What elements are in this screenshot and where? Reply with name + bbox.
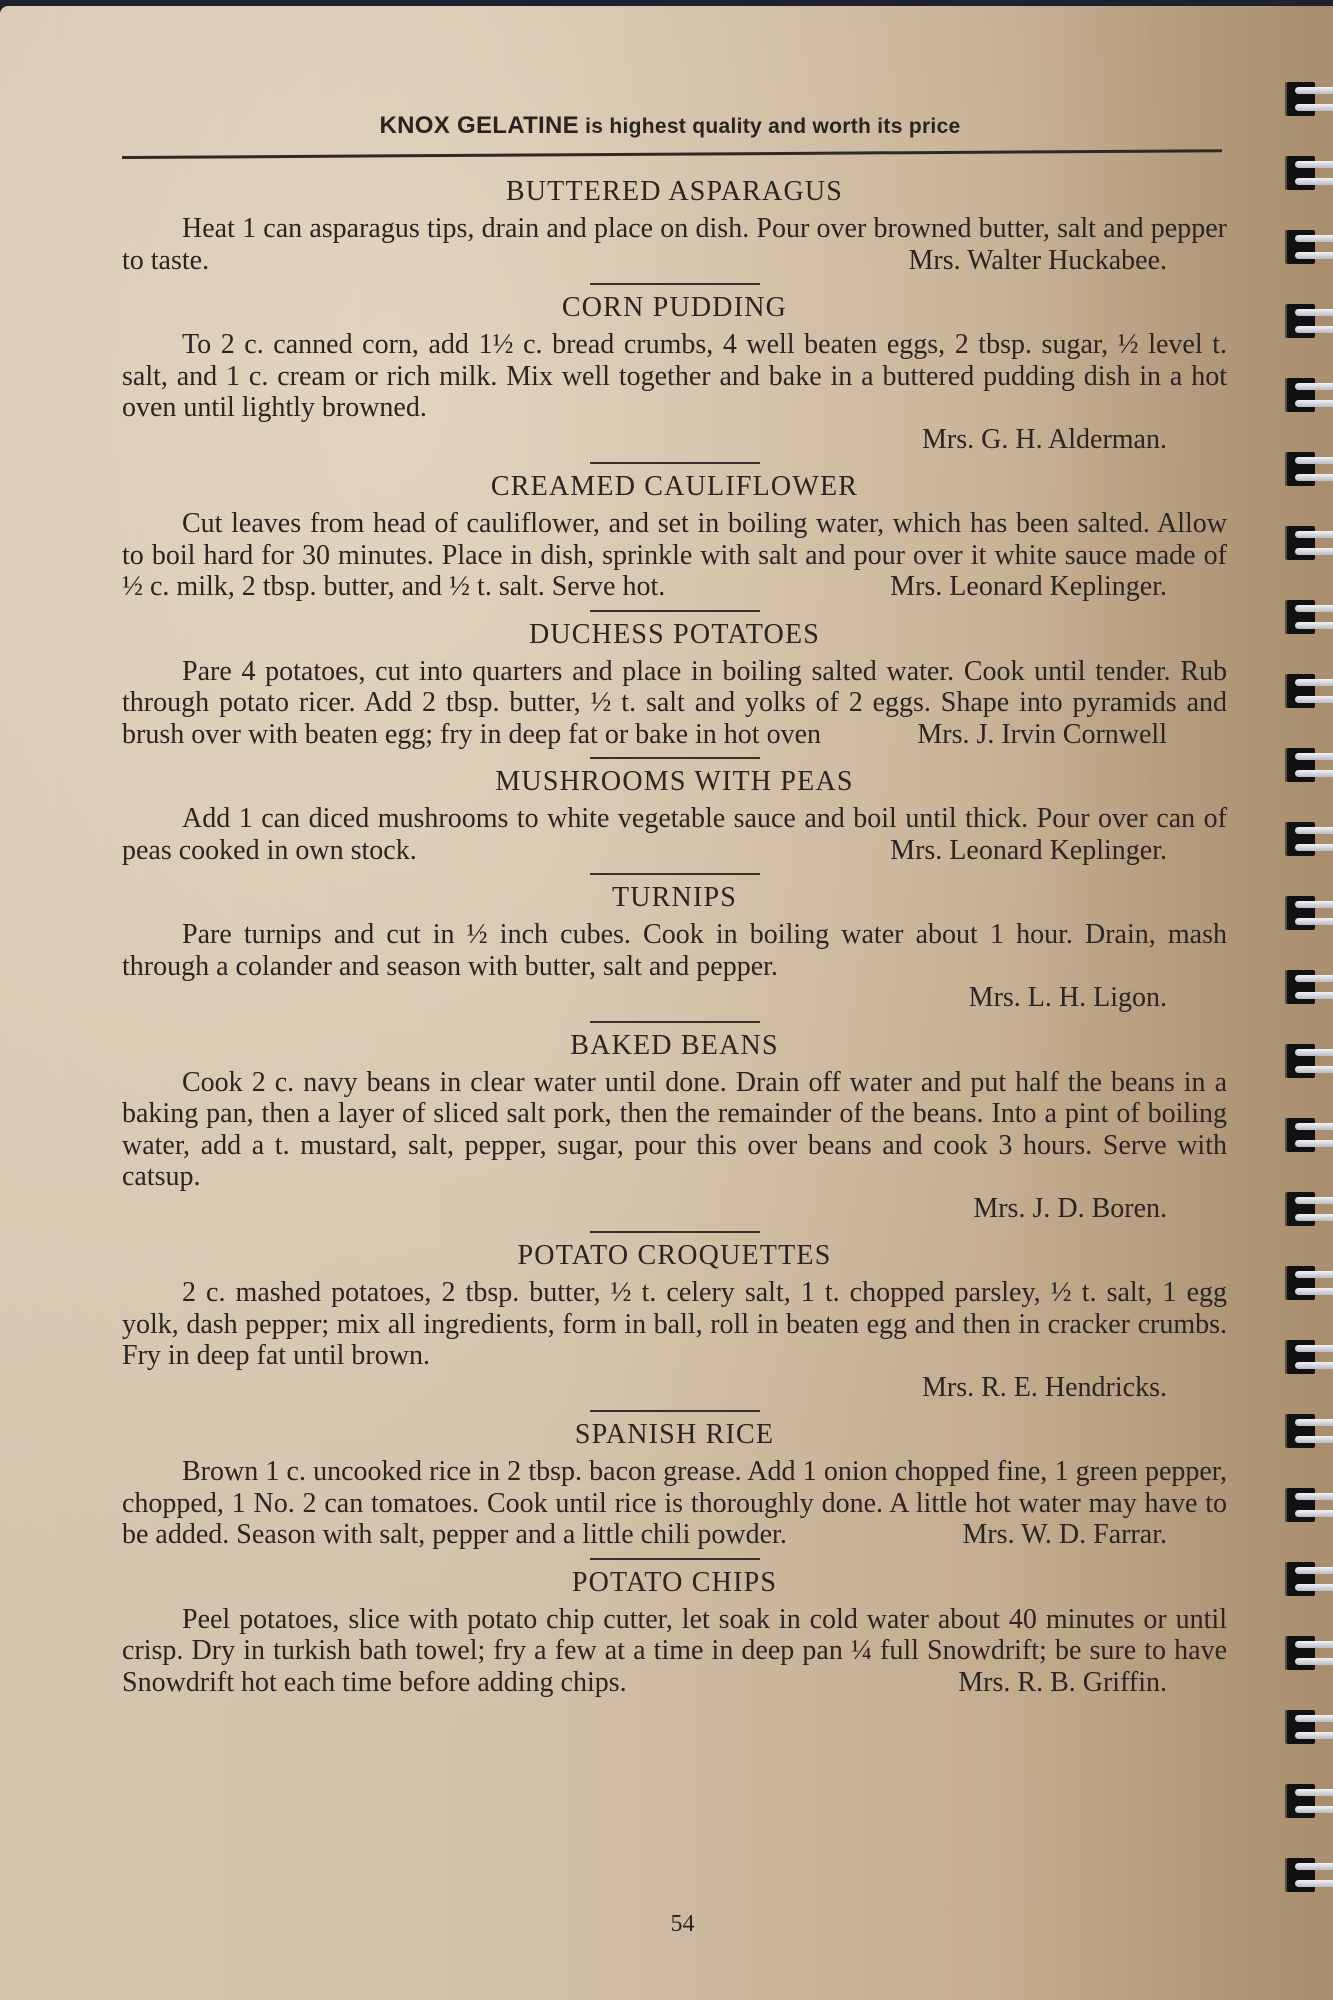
wire-loop	[1295, 679, 1333, 686]
header-brand: KNOX GELATINE	[379, 112, 578, 139]
recipe-title: BAKED BEANS	[122, 1029, 1227, 1063]
recipe: CREAMED CAULIFLOWERCut leaves from head …	[122, 462, 1227, 603]
wire-loop	[1295, 1806, 1333, 1813]
binding-ring	[1285, 1044, 1333, 1078]
cookbook-page: KNOX GELATINE is highest quality and wor…	[0, 6, 1333, 2000]
wire-loop	[1295, 1345, 1333, 1352]
wire-loop	[1295, 1436, 1333, 1443]
wire-loop	[1295, 161, 1333, 168]
recipe-title: SPANISH RICE	[122, 1418, 1227, 1452]
section-divider	[590, 462, 760, 464]
recipe-author: Mrs. L. H. Ligon.	[122, 982, 1227, 1014]
wire-loop	[1295, 1641, 1333, 1648]
binding-ring	[1285, 1710, 1333, 1744]
binding-ring	[1285, 156, 1333, 190]
binding-ring	[1285, 1340, 1333, 1374]
running-header: KNOX GELATINE is highest quality and wor…	[120, 112, 1220, 140]
recipe-instructions: Cook 2 c. navy beans in clear water unti…	[122, 1067, 1227, 1193]
recipe-author: Mrs. W. D. Farrar.	[902, 1519, 1227, 1551]
recipe: POTATO CHIPSPeel potatoes, slice with po…	[122, 1558, 1227, 1699]
header-tagline: is highest quality and worth its price	[579, 115, 961, 138]
wire-loop	[1295, 383, 1333, 390]
binding-ring	[1285, 1858, 1333, 1892]
recipe-author: Mrs. R. E. Hendricks.	[122, 1372, 1227, 1404]
recipe-instructions: Peel potatoes, slice with potato chip cu…	[122, 1604, 1227, 1699]
recipe-instructions: 2 c. mashed potatoes, 2 tbsp. butter, ½ …	[122, 1277, 1227, 1372]
recipe: BAKED BEANSCook 2 c. navy beans in clear…	[122, 1021, 1227, 1225]
wire-loop	[1295, 326, 1333, 333]
recipe-author: Mrs. Leonard Keplinger.	[830, 571, 1227, 603]
recipe-instructions: Heat 1 can asparagus tips, drain and pla…	[122, 213, 1227, 276]
recipe-title: CREAMED CAULIFLOWER	[122, 470, 1227, 504]
recipe-author: Mrs. J. D. Boren.	[122, 1193, 1227, 1225]
binding-ring	[1285, 822, 1333, 856]
recipe-instructions: Pare turnips and cut in ½ inch cubes. Co…	[122, 919, 1227, 982]
recipe-body-text: Cook 2 c. navy beans in clear water unti…	[122, 1067, 1227, 1193]
recipe: TURNIPSPare turnips and cut in ½ inch cu…	[122, 873, 1227, 1014]
recipe: BUTTERED ASPARAGUSHeat 1 can asparagus t…	[122, 175, 1227, 276]
binding-ring	[1285, 1562, 1333, 1596]
recipe-body-text: 2 c. mashed potatoes, 2 tbsp. butter, ½ …	[122, 1277, 1227, 1371]
wire-loop	[1295, 622, 1333, 629]
wire-loop	[1295, 605, 1333, 612]
section-divider	[590, 757, 760, 759]
wire-loop	[1295, 1049, 1333, 1056]
recipe-instructions: Pare 4 potatoes, cut into quarters and p…	[122, 656, 1227, 751]
recipe-instructions: Cut leaves from head of cauliflower, and…	[122, 508, 1227, 603]
binding-ring	[1285, 748, 1333, 782]
wire-loop	[1295, 1288, 1333, 1295]
wire-loop	[1295, 1863, 1333, 1870]
wire-loop	[1295, 178, 1333, 185]
section-divider	[590, 610, 760, 612]
recipe-body-text: To 2 c. canned corn, add 1½ c. bread cru…	[122, 329, 1227, 423]
binding-ring	[1285, 1488, 1333, 1522]
section-divider	[590, 1558, 760, 1560]
wire-loop	[1295, 235, 1333, 242]
wire-loop	[1295, 1140, 1333, 1147]
spiral-binding	[1273, 0, 1333, 2000]
wire-loop	[1295, 1123, 1333, 1130]
binding-ring	[1285, 304, 1333, 338]
recipe-instructions: To 2 c. canned corn, add 1½ c. bread cru…	[122, 329, 1227, 424]
wire-loop	[1295, 531, 1333, 538]
binding-ring	[1285, 82, 1333, 116]
section-divider	[590, 283, 760, 285]
wire-loop	[1295, 309, 1333, 316]
wire-loop	[1295, 1362, 1333, 1369]
section-divider	[590, 1231, 760, 1233]
section-divider	[590, 1410, 760, 1412]
recipe: POTATO CROQUETTES2 c. mashed potatoes, 2…	[122, 1231, 1227, 1403]
wire-loop	[1295, 474, 1333, 481]
wire-loop	[1295, 918, 1333, 925]
wire-loop	[1295, 1567, 1333, 1574]
wire-loop	[1295, 1789, 1333, 1796]
recipe-author: Mrs. Walter Huckabee.	[849, 245, 1227, 277]
recipe-title: MUSHROOMS WITH PEAS	[122, 765, 1227, 799]
page-number: 54	[0, 1911, 1333, 1938]
wire-loop	[1295, 400, 1333, 407]
header-rule	[122, 149, 1222, 159]
recipe-title: POTATO CHIPS	[122, 1566, 1227, 1600]
recipe-author: Mrs. R. B. Griffin.	[898, 1667, 1227, 1699]
recipe-title: CORN PUDDING	[122, 291, 1227, 325]
wire-loop	[1295, 548, 1333, 555]
binding-ring	[1285, 1266, 1333, 1300]
wire-loop	[1295, 1510, 1333, 1517]
wire-loop	[1295, 1584, 1333, 1591]
wire-loop	[1295, 753, 1333, 760]
recipe-author: Mrs. Leonard Keplinger.	[830, 835, 1227, 867]
binding-ring	[1285, 600, 1333, 634]
recipe: MUSHROOMS WITH PEASAdd 1 can diced mushr…	[122, 757, 1227, 866]
wire-loop	[1295, 975, 1333, 982]
recipe-instructions: Add 1 can diced mushrooms to white veget…	[122, 803, 1227, 866]
section-divider	[590, 1021, 760, 1023]
binding-ring	[1285, 452, 1333, 486]
binding-ring	[1285, 674, 1333, 708]
binding-ring	[1285, 378, 1333, 412]
binding-ring	[1285, 1784, 1333, 1818]
recipe-instructions: Brown 1 c. uncooked rice in 2 tbsp. baco…	[122, 1456, 1227, 1551]
recipe-title: POTATO CROQUETTES	[122, 1239, 1227, 1273]
wire-loop	[1295, 87, 1333, 94]
wire-loop	[1295, 1732, 1333, 1739]
wire-loop	[1295, 901, 1333, 908]
wire-loop	[1295, 457, 1333, 464]
wire-loop	[1295, 252, 1333, 259]
recipe-author: Mrs. G. H. Alderman.	[122, 424, 1227, 456]
wire-loop	[1295, 1658, 1333, 1665]
binding-ring	[1285, 1192, 1333, 1226]
wire-loop	[1295, 1880, 1333, 1887]
binding-ring	[1285, 1414, 1333, 1448]
recipe-title: TURNIPS	[122, 881, 1227, 915]
wire-loop	[1295, 992, 1333, 999]
section-divider	[590, 873, 760, 875]
recipe: CORN PUDDINGTo 2 c. canned corn, add 1½ …	[122, 283, 1227, 455]
wire-loop	[1295, 1715, 1333, 1722]
recipe-body-text: Pare turnips and cut in ½ inch cubes. Co…	[122, 919, 1227, 982]
wire-loop	[1295, 1419, 1333, 1426]
binding-ring	[1285, 970, 1333, 1004]
binding-ring	[1285, 1118, 1333, 1152]
wire-loop	[1295, 1493, 1333, 1500]
wire-loop	[1295, 844, 1333, 851]
wire-loop	[1295, 1197, 1333, 1204]
wire-loop	[1295, 696, 1333, 703]
binding-ring	[1285, 526, 1333, 560]
wire-loop	[1295, 1214, 1333, 1221]
wire-loop	[1295, 1066, 1333, 1073]
binding-ring	[1285, 896, 1333, 930]
wire-loop	[1295, 1271, 1333, 1278]
recipe-author: Mrs. J. Irvin Cornwell	[857, 719, 1227, 751]
binding-ring	[1285, 1636, 1333, 1670]
recipe-title: DUCHESS POTATOES	[122, 618, 1227, 652]
binding-ring	[1285, 230, 1333, 264]
wire-loop	[1295, 770, 1333, 777]
recipe-title: BUTTERED ASPARAGUS	[122, 175, 1227, 209]
recipe-list: BUTTERED ASPARAGUSHeat 1 can asparagus t…	[122, 171, 1227, 1698]
wire-loop	[1295, 104, 1333, 111]
recipe: SPANISH RICEBrown 1 c. uncooked rice in …	[122, 1410, 1227, 1551]
wire-loop	[1295, 827, 1333, 834]
recipe: DUCHESS POTATOESPare 4 potatoes, cut int…	[122, 610, 1227, 751]
